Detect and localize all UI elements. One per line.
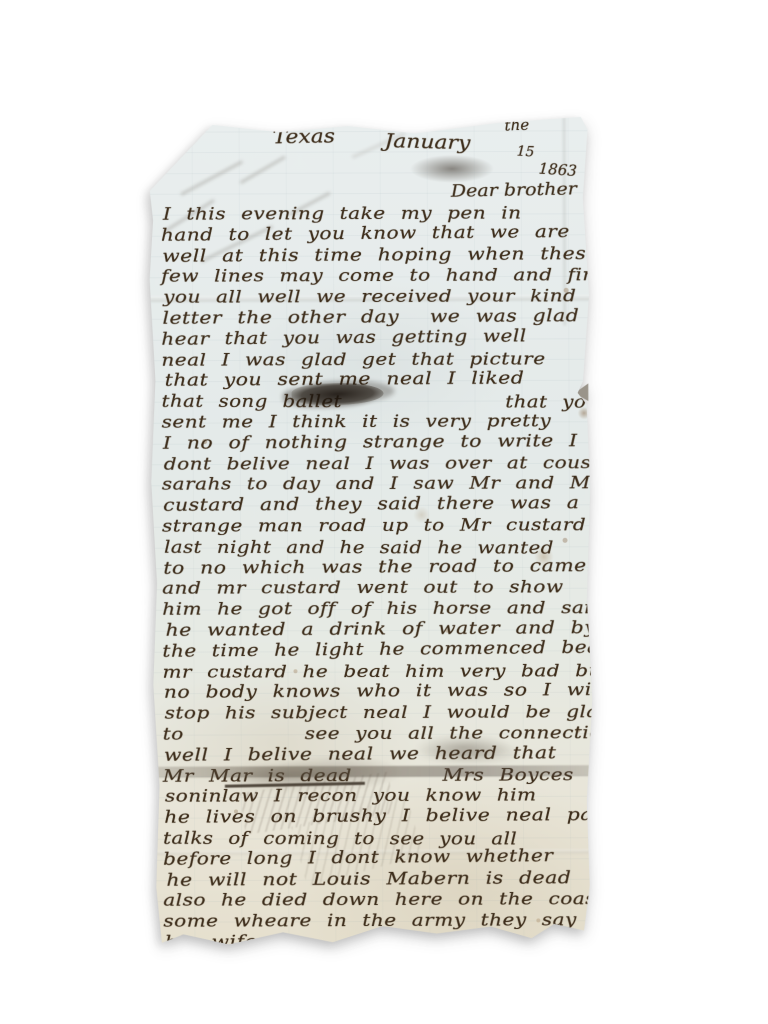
handwritten-line: custard and they said there was a (163, 493, 672, 517)
handwritten-line: to no which was the road to cameron (163, 555, 672, 579)
paper-sheet: Texas January the 15 1863 Dear brother I… (145, 109, 600, 955)
handwritten-line: well at this time hoping when these (162, 243, 671, 267)
handwritten-line: hand to let you know that we are (161, 221, 662, 247)
letter-photo: Texas January the 15 1863 Dear brother I… (0, 0, 768, 1024)
handwritten-line: he wanted a drink of water and by (165, 617, 672, 641)
paper-spots (145, 111, 147, 113)
bleedthrough-stroke (240, 156, 286, 185)
letter-date-month: January (384, 130, 471, 154)
letter-salutation: Dear brother (451, 179, 578, 201)
handwritten-line: letter the other day we was glad to (162, 305, 671, 329)
handwritten-line: no body knows who it was so I will (164, 680, 673, 704)
handwritten-line: dont belive neal I was over at cousin (164, 453, 662, 476)
letter-date-day: 15 (516, 144, 535, 161)
handwritten-line: also he died down here on the coast (163, 889, 663, 912)
handwritten-line: strange man road up to Mr custard (162, 515, 662, 538)
handwritten-line: the time he light he commenced beating (162, 637, 663, 663)
handwritten-line: some wheare in the army they say (163, 910, 663, 933)
handwritten-line: few lines may come to hand and find (161, 265, 661, 288)
handwritten-line: he lives on brushy I belive neal pap (164, 805, 673, 829)
handwritten-line: neal I was glad get that picture (161, 349, 661, 372)
handwritten-line: and mr custard went out to show (162, 577, 662, 600)
handwritten-line: I no of nothing strange to write I (163, 430, 672, 454)
handwritten-line: his wife is (165, 929, 674, 953)
handwritten-line: hear that you was getting well (161, 325, 662, 351)
handwritten-line: that you sent me neal I liked (165, 368, 672, 392)
letter-date-the: the (504, 116, 529, 135)
letter-place: Texas (272, 125, 335, 148)
letter-date-year: 1863 (538, 159, 577, 179)
handwritten-line: I this evening take my pen in (163, 203, 661, 226)
bleedthrough-stroke (180, 160, 243, 196)
handwritten-line: he will not Louis Mabern is dead (166, 867, 673, 891)
letter-paper: Texas January the 15 1863 Dear brother I… (145, 109, 600, 955)
ink-smudge (415, 739, 525, 765)
bleedthrough-stroke (157, 138, 195, 162)
handwritten-line: stop his subject neal I would be glad (165, 702, 663, 725)
